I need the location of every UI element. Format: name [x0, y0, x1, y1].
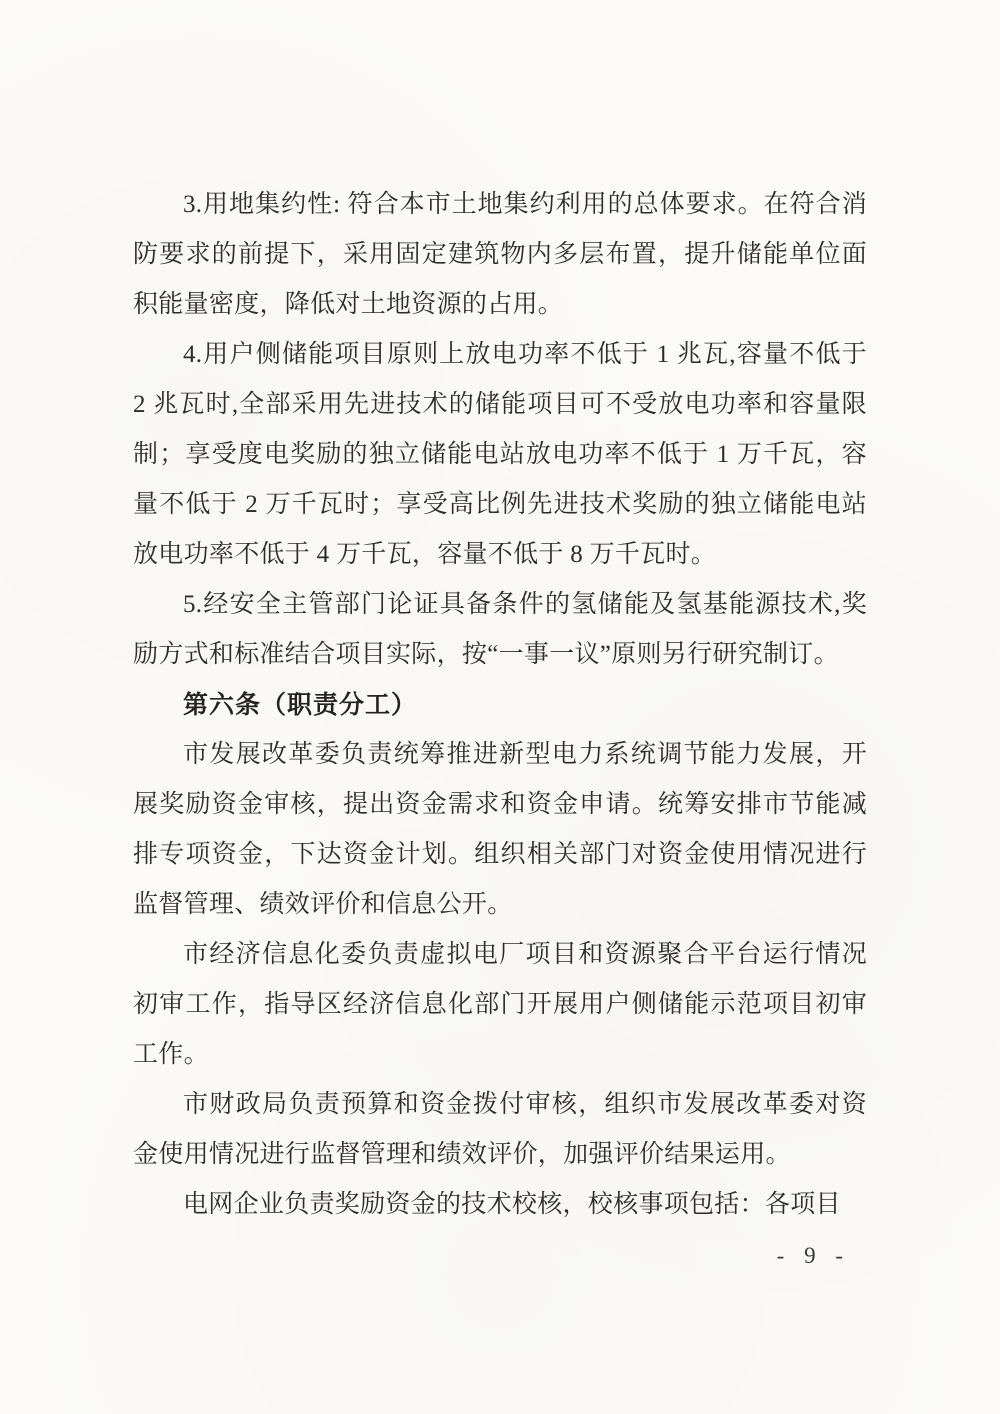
- text-line: 3.用地集约性: 符合本市土地集约利用的总体要求。在符合消: [133, 180, 867, 230]
- page-number: - 9 -: [777, 1243, 850, 1269]
- text-line: 励方式和标准结合项目实际，按“一事一议”原则另行研究制订。: [133, 630, 867, 680]
- document-body: 3.用地集约性: 符合本市土地集约利用的总体要求。在符合消防要求的前提下，采用固…: [133, 180, 867, 1230]
- text-line: 放电功率不低于 4 万千瓦，容量不低于 8 万千瓦时。: [133, 530, 867, 580]
- text-line: 监督管理、绩效评价和信息公开。: [133, 880, 867, 930]
- text-line: 2 兆瓦时,全部采用先进技术的储能项目可不受放电功率和容量限: [133, 380, 867, 430]
- document-page: 3.用地集约性: 符合本市土地集约利用的总体要求。在符合消防要求的前提下，采用固…: [0, 0, 1000, 1414]
- text-line: 排专项资金，下达资金计划。组织相关部门对资金使用情况进行: [133, 830, 867, 880]
- text-line: 金使用情况进行监督管理和绩效评价，加强评价结果运用。: [133, 1130, 867, 1180]
- text-line: 初审工作，指导区经济信息化部门开展用户侧储能示范项目初审: [133, 980, 867, 1030]
- text-line: 电网企业负责奖励资金的技术校核，校核事项包括：各项目: [133, 1180, 867, 1230]
- section-heading: 第六条（职责分工）: [133, 680, 867, 730]
- text-line: 展奖励资金审核，提出资金需求和资金申请。统筹安排市节能减: [133, 780, 867, 830]
- text-line: 制；享受度电奖励的独立储能电站放电功率不低于 1 万千瓦，容: [133, 430, 867, 480]
- text-line: 量不低于 2 万千瓦时；享受高比例先进技术奖励的独立储能电站: [133, 480, 867, 530]
- text-line: 市经济信息化委负责虚拟电厂项目和资源聚合平台运行情况: [133, 930, 867, 980]
- text-line: 防要求的前提下，采用固定建筑物内多层布置，提升储能单位面: [133, 230, 867, 280]
- text-line: 积能量密度，降低对土地资源的占用。: [133, 280, 867, 330]
- text-line: 市财政局负责预算和资金拨付审核，组织市发展改革委对资: [133, 1080, 867, 1130]
- text-line: 工作。: [133, 1030, 867, 1080]
- text-line: 市发展改革委负责统筹推进新型电力系统调节能力发展，开: [133, 730, 867, 780]
- text-line: 5.经安全主管部门论证具备条件的氢储能及氢基能源技术,奖: [133, 580, 867, 630]
- text-line: 4.用户侧储能项目原则上放电功率不低于 1 兆瓦,容量不低于: [133, 330, 867, 380]
